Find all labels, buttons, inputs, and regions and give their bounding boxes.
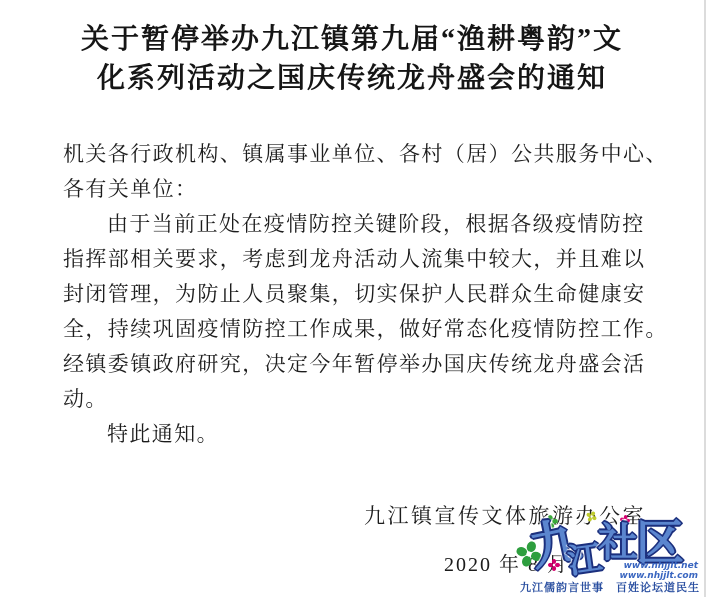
notice-title: 关于暂停举办九江镇第九届“渔耕粤韵”文 化系列活动之国庆传统龙舟盛会的通知 <box>0 20 704 98</box>
watermark-char-qu: 区 <box>636 519 684 567</box>
paragraph-line: 全，持续巩固疫情防控工作成果，做好常态化疫情防控工作。 <box>63 312 655 347</box>
paragraph-line: 封闭管理，为防止人员聚集，切实保护人民群众生命健康安 <box>63 277 655 312</box>
salutation-line: 各有关单位： <box>63 172 655 207</box>
jiujiang-community-watermark: 九 江 社 区 www.nhjjlt.net www.nhjjlt.com 九江… <box>520 519 700 595</box>
watermark-char-she: 社 <box>598 523 638 563</box>
notice-document: 关于暂停举办九江镇第九届“渔耕粤韵”文 化系列活动之国庆传统龙舟盛会的通知 机关… <box>0 0 706 597</box>
closing-line: 特此通知。 <box>63 417 655 452</box>
paragraph-line: 经镇委镇政府研究，决定今年暂停举办国庆传统龙舟盛会活 <box>63 347 655 382</box>
notice-title-line2: 化系列活动之国庆传统龙舟盛会的通知 <box>0 59 704 98</box>
paragraph-line: 指挥部相关要求，考虑到龙舟活动人流集中较大，并且难以 <box>63 242 655 277</box>
notice-title-line1: 关于暂停举办九江镇第九届“渔耕粤韵”文 <box>0 20 704 59</box>
watermark-url-net: www.nhjjlt.net <box>620 561 698 571</box>
notice-body: 机关各行政机构、镇属事业单位、各村（居）公共服务中心、 各有关单位： 由于当前正… <box>63 137 655 452</box>
paragraph-line: 由于当前正处在疫情防控关键阶段，根据各级疫情防控 <box>63 207 655 242</box>
watermark-urls: www.nhjjlt.net www.nhjjlt.com <box>620 561 698 581</box>
paragraph-line: 动。 <box>63 382 655 417</box>
watermark-tagline: 九江儒韵言世事 百姓论坛道民生 <box>520 579 700 595</box>
watermark-tagline-right: 百姓论坛道民生 <box>616 579 700 595</box>
watermark-tagline-left: 九江儒韵言世事 <box>520 579 604 595</box>
salutation-line: 机关各行政机构、镇属事业单位、各村（居）公共服务中心、 <box>63 137 655 172</box>
